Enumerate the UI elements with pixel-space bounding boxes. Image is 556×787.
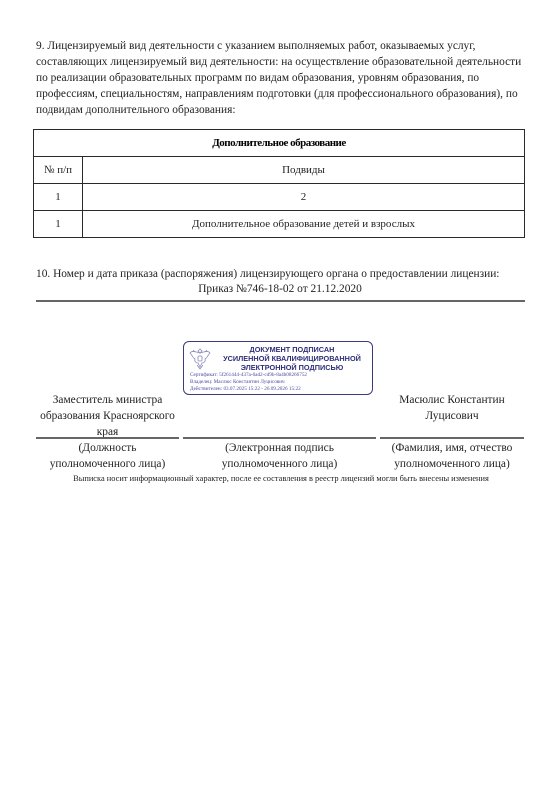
stamp-title-line: УСИЛЕННОЙ КВАЛИФИЦИРОВАННОЙ bbox=[212, 354, 372, 363]
stamp-certificate: Сертификат: 5f261444-437a-6ad2-cd9b-8a4b… bbox=[190, 372, 370, 379]
stamp-validity: Действителен: 03.07.2025 15:22 - 26.09.2… bbox=[190, 386, 370, 393]
divider bbox=[36, 300, 525, 302]
table-cell: 1 bbox=[34, 184, 83, 211]
table-title: Дополнительное образование bbox=[34, 130, 525, 157]
table-cell: Дополнительное образование детей и взрос… bbox=[83, 211, 525, 238]
table-cell: 2 bbox=[83, 184, 525, 211]
caption-position: (Должность уполномоченного лица) bbox=[36, 440, 179, 472]
signature-line-name bbox=[380, 437, 524, 439]
signature-line-position bbox=[36, 437, 179, 439]
stamp-title-line: ДОКУМЕНТ ПОДПИСАН bbox=[212, 345, 372, 354]
section-10-text: 10. Номер и дата приказа (распоряжения) … bbox=[36, 266, 526, 282]
disclaimer-note: Выписка носит информационный характер, п… bbox=[36, 474, 526, 483]
table-header-row: № п/п Подвиды bbox=[34, 157, 525, 184]
russian-coat-of-arms-icon bbox=[189, 346, 211, 370]
order-number: Приказ №746-18-02 от 21.12.2020 bbox=[36, 283, 524, 295]
table-title-row: Дополнительное образование bbox=[34, 130, 525, 157]
stamp-title-line: ЭЛЕКТРОННОЙ ПОДПИСЬЮ bbox=[212, 363, 372, 372]
table-row: 1 Дополнительное образование детей и взр… bbox=[34, 211, 525, 238]
stamp-owner: Владелец: Маслюс Константин Луцисович bbox=[190, 379, 370, 386]
signature-line-signature bbox=[183, 437, 376, 439]
electronic-signature-stamp: ДОКУМЕНТ ПОДПИСАН УСИЛЕННОЙ КВАЛИФИЦИРОВ… bbox=[183, 341, 373, 395]
column-header-subtypes: Подвиды bbox=[83, 157, 525, 184]
caption-name: (Фамилия, имя, отчество уполномоченного … bbox=[380, 440, 524, 472]
signer-position: Заместитель министра образования Красноя… bbox=[36, 392, 179, 440]
stamp-meta: Сертификат: 5f261444-437a-6ad2-cd9b-8a4b… bbox=[190, 372, 370, 393]
signer-name: Масюлис Константин Луцисович bbox=[380, 392, 524, 424]
table-row: 1 2 bbox=[34, 184, 525, 211]
caption-signature: (Электронная подпись уполномоченного лиц… bbox=[183, 440, 376, 472]
column-header-number: № п/п bbox=[34, 157, 83, 184]
stamp-title: ДОКУМЕНТ ПОДПИСАН УСИЛЕННОЙ КВАЛИФИЦИРОВ… bbox=[212, 345, 372, 372]
subtypes-table: Дополнительное образование № п/п Подвиды… bbox=[33, 129, 525, 238]
section-9-text: 9. Лицензируемый вид деятельности с указ… bbox=[36, 38, 526, 118]
table-cell: 1 bbox=[34, 211, 83, 238]
